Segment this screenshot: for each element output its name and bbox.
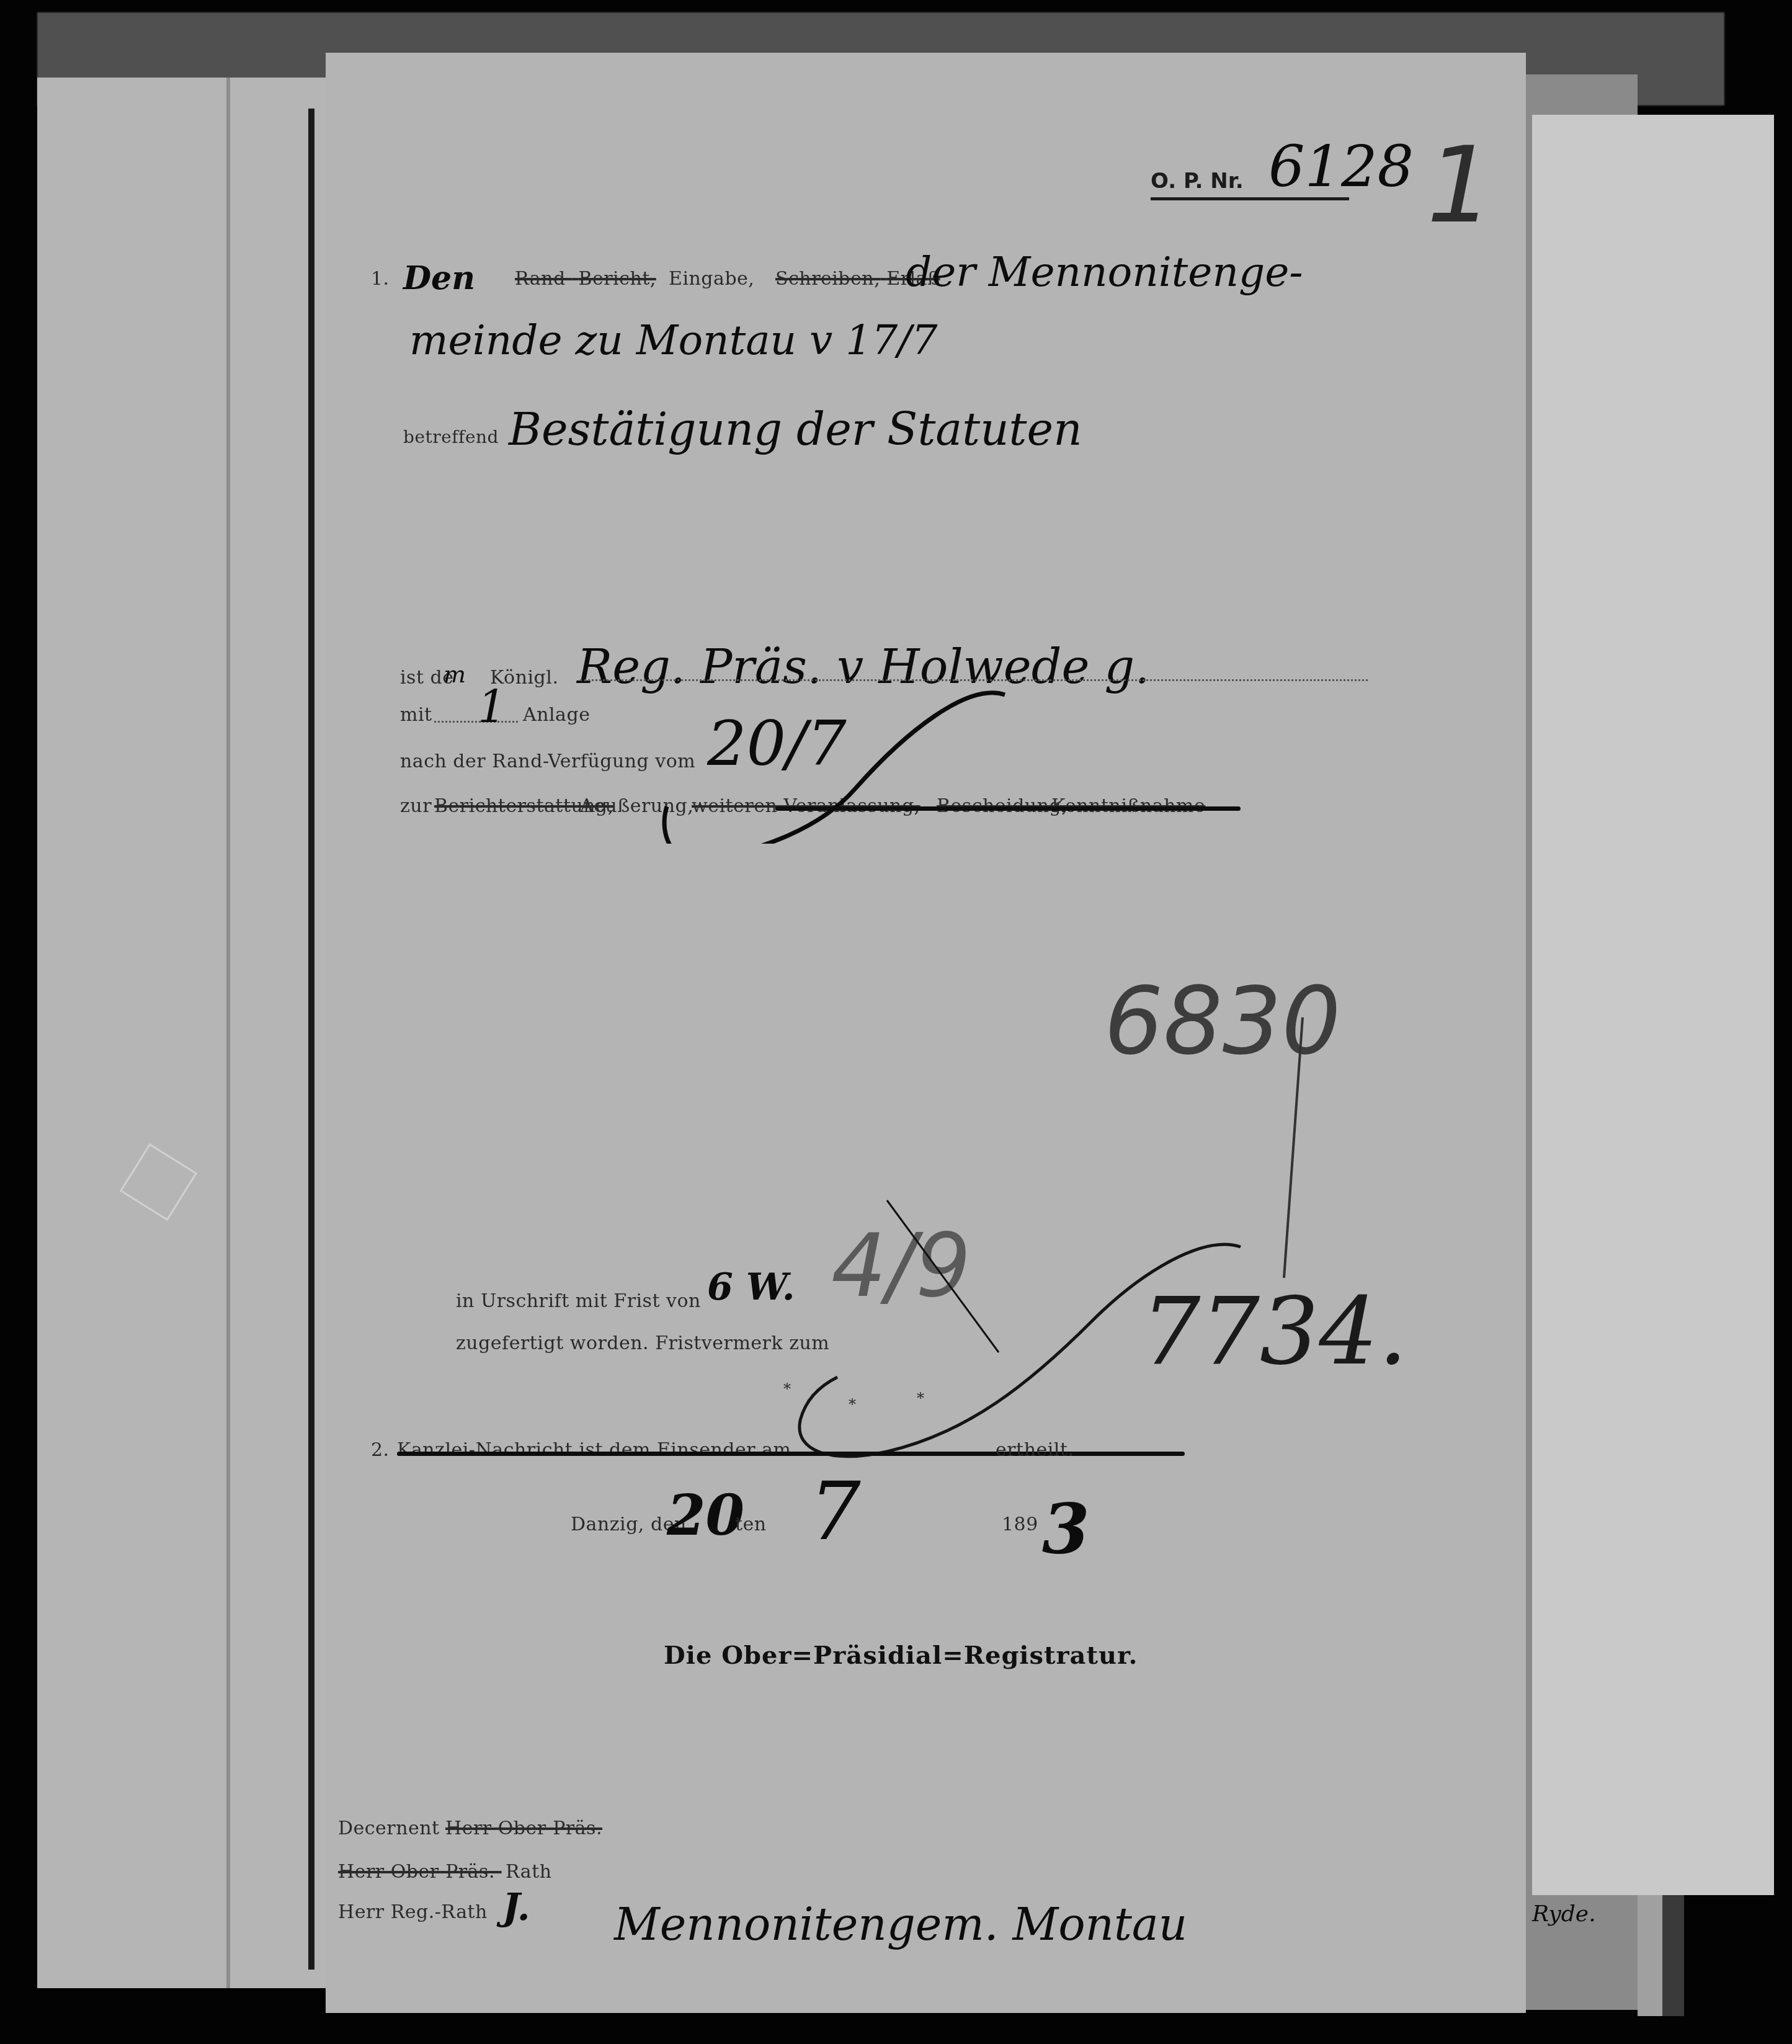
left-folder-flap xyxy=(37,78,326,1988)
right-tab-note: Ryde. xyxy=(1532,1901,1596,1927)
hand-number-7734: 7734. xyxy=(1141,1278,1407,1386)
decernent-label: Decernent xyxy=(338,1818,440,1839)
folio-number: 1 xyxy=(1427,124,1494,247)
registry-label: Die Ober=Präsidial=Registratur. xyxy=(664,1641,1138,1670)
anlage-label: Anlage xyxy=(523,704,590,726)
line2-rath: Rath xyxy=(506,1861,552,1883)
op-number-label: O. P. Nr. xyxy=(1151,169,1244,194)
reg-rath-label: Herr Reg.-Rath xyxy=(338,1901,488,1923)
option-rand-bericht: Rand- Bericht, xyxy=(515,268,656,290)
op-number-value: 6128 xyxy=(1268,133,1414,200)
folder-crease xyxy=(226,78,230,1988)
subject-hand: Bestätigung der Statuten xyxy=(509,403,1082,455)
year-hand: 3 xyxy=(1042,1489,1090,1569)
ten-suffix: ten xyxy=(735,1514,767,1535)
kanzlei-text: Kanzlei-Nachricht ist dem Einsender am xyxy=(397,1439,791,1461)
urschrift-label: in Urschrift mit Frist von xyxy=(456,1290,701,1312)
erteilt-label: ertheilt. xyxy=(996,1439,1074,1461)
ist-suffix-hand: m xyxy=(444,661,466,688)
month-hand: 7 xyxy=(809,1464,861,1558)
betreffend-label: betreffend xyxy=(403,427,499,447)
line2-struck: Herr Ober-Präs.- xyxy=(338,1861,502,1883)
option-eingabe: Eingabe, xyxy=(669,268,754,290)
file-title-hand: Mennonitengem. Montau xyxy=(614,1898,1187,1950)
binding-shadow xyxy=(1662,1886,1684,2016)
day-hand: 20 xyxy=(667,1483,744,1548)
sender-hand-line2: meinde zu Montau v 17/7 xyxy=(409,316,937,364)
right-index-tab: Ryde. xyxy=(1532,115,1774,1895)
pencil-vertical-stroke xyxy=(1278,1017,1315,1278)
year-printed: 189 xyxy=(1002,1514,1038,1535)
article-hand: Den xyxy=(403,259,475,297)
recipient-dotted-line xyxy=(580,679,1368,681)
zur-label: zur xyxy=(400,795,432,817)
decernent-struck: Herr Ober-Präs. xyxy=(445,1818,602,1839)
mit-label: mit xyxy=(400,704,432,726)
item-number-1: 1. xyxy=(371,268,390,290)
item-number-2: 2. xyxy=(371,1439,390,1461)
anlage-count-hand: 1 xyxy=(478,681,506,733)
sender-hand-line1: der Mennonitenge- xyxy=(906,248,1303,296)
page-edge-shadow xyxy=(308,109,314,1970)
check-stroke-ink xyxy=(620,682,1054,844)
reg-rath-initial: J. xyxy=(502,1886,530,1929)
